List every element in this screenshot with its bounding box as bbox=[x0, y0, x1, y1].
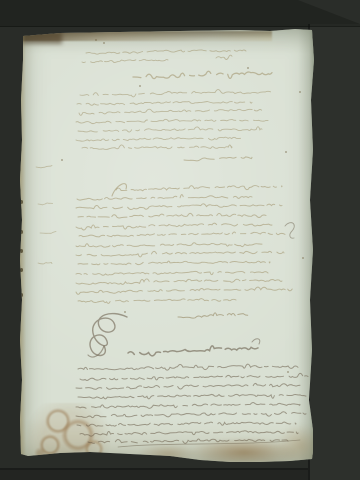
manuscript-photo bbox=[0, 0, 360, 480]
backdrop-bottom-panel bbox=[0, 470, 308, 480]
paper-vignette bbox=[20, 28, 316, 462]
backdrop-right-panel bbox=[310, 24, 360, 480]
manuscript-page bbox=[20, 28, 316, 462]
backdrop-top-seam bbox=[0, 0, 360, 27]
